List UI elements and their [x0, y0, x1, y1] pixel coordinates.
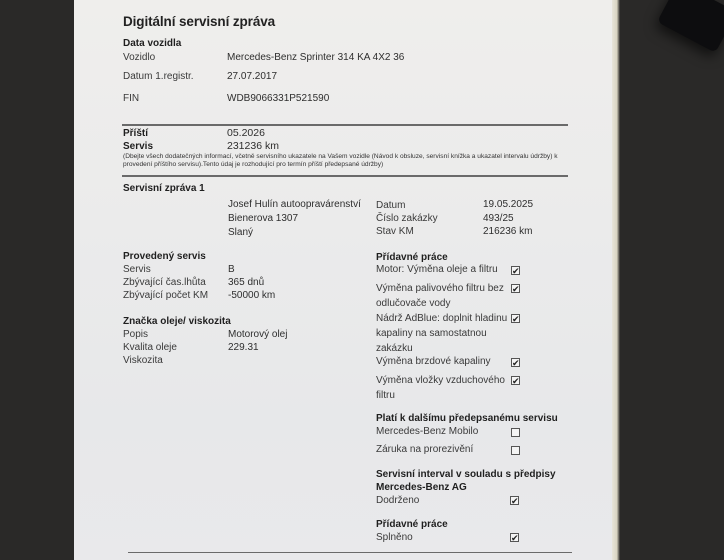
- interval-compliance-subheading: Mercedes-Benz AG: [376, 482, 467, 493]
- oil-heading: Značka oleje/ viskozita: [123, 316, 231, 327]
- mobilo-label: Mercedes-Benz Mobilo: [376, 426, 478, 437]
- background-object: [657, 0, 724, 53]
- registration-date-value: 27.07.2017: [227, 71, 277, 82]
- vehicle-data-heading: Data vozidla: [123, 38, 181, 49]
- additional-work-checkbox[interactable]: ✔: [511, 284, 520, 293]
- oil-quality-value: 229.31: [228, 342, 259, 353]
- additional-work-item-label: Nádrž AdBlue: doplnit hladinu kapaliny n…: [376, 311, 511, 356]
- divider: [122, 124, 568, 126]
- fin-value: WDB9066331P521590: [227, 93, 329, 104]
- order-number-label: Číslo zakázky: [376, 213, 438, 224]
- additional-work-status-heading: Přídavné práce: [376, 519, 448, 530]
- report-date-label: Datum: [376, 200, 405, 211]
- oil-description-value: Motorový olej: [228, 329, 287, 340]
- next-service-date: 05.2026: [227, 127, 265, 139]
- report-date-value: 19.05.2025: [483, 199, 533, 210]
- remaining-km-value: -50000 km: [228, 290, 275, 301]
- additional-work-checkbox[interactable]: ✔: [511, 314, 520, 323]
- vehicle-label: Vozidlo: [123, 52, 155, 63]
- page-title: Digitální servisní zpráva: [123, 14, 275, 29]
- service-report-heading: Servisní zpráva 1: [123, 183, 205, 194]
- workshop-street: Bienerova 1307: [228, 213, 298, 224]
- next-label: Příští: [123, 128, 148, 139]
- interval-compliance-heading: Servisní interval v souladu s předpisy: [376, 469, 556, 480]
- additional-work-checkbox[interactable]: ✔: [511, 376, 520, 385]
- remaining-km-label: Zbývající počet KM: [123, 290, 208, 301]
- complied-label: Dodrženo: [376, 495, 419, 506]
- viscosity-label: Viskozita: [123, 355, 163, 366]
- divider: [122, 175, 568, 177]
- fulfilled-checkbox[interactable]: ✔: [510, 533, 519, 542]
- additional-work-checkbox[interactable]: ✔: [511, 358, 520, 367]
- oil-description-label: Popis: [123, 329, 148, 340]
- rust-warranty-label: Záruka na prorezivění: [376, 444, 473, 455]
- remaining-time-label: Zbývající čas.lhůta: [123, 277, 206, 288]
- paper-edge: [612, 0, 620, 560]
- additional-work-heading: Přídavné práce: [376, 252, 448, 263]
- performed-service-heading: Provedený servis: [123, 251, 206, 262]
- remaining-time-value: 365 dnů: [228, 277, 264, 288]
- bottom-divider: [128, 552, 572, 553]
- order-number-value: 493/25: [483, 213, 514, 224]
- additional-work-item-label: Výměna vložky vzduchového filtru: [376, 373, 511, 403]
- additional-work-item-label: Výměna brzdové kapaliny: [376, 356, 491, 367]
- complied-checkbox[interactable]: ✔: [510, 496, 519, 505]
- registration-date-label: Datum 1.registr.: [123, 71, 194, 82]
- fin-label: FIN: [123, 93, 139, 104]
- additional-work-item-label: Motor: Výměna oleje a filtru: [376, 264, 498, 275]
- service-type-value: B: [228, 264, 235, 275]
- workshop-name: Josef Hulín autoopravárenství: [228, 199, 361, 210]
- next-service-note: (Dbejte všech dodatečných informací, vče…: [123, 153, 583, 169]
- oil-quality-label: Kvalita oleje: [123, 342, 177, 353]
- service-type-label: Servis: [123, 264, 151, 275]
- additional-work-item-label: Výměna palivového filtru bez odlučovače …: [376, 281, 511, 311]
- additional-work-checkbox[interactable]: ✔: [511, 266, 520, 275]
- valid-next-service-heading: Platí k dalšímu předepsanému servisu: [376, 413, 558, 424]
- mobilo-checkbox[interactable]: [511, 428, 520, 437]
- odometer-value: 216236 km: [483, 226, 532, 237]
- workshop-city: Slaný: [228, 227, 253, 238]
- fulfilled-label: Splněno: [376, 532, 413, 543]
- odometer-label: Stav KM: [376, 226, 414, 237]
- vehicle-value: Mercedes-Benz Sprinter 314 KA 4X2 36: [227, 52, 404, 63]
- service-label: Servis: [123, 141, 153, 152]
- rust-warranty-checkbox[interactable]: [511, 446, 520, 455]
- next-service-km: 231236 km: [227, 140, 279, 152]
